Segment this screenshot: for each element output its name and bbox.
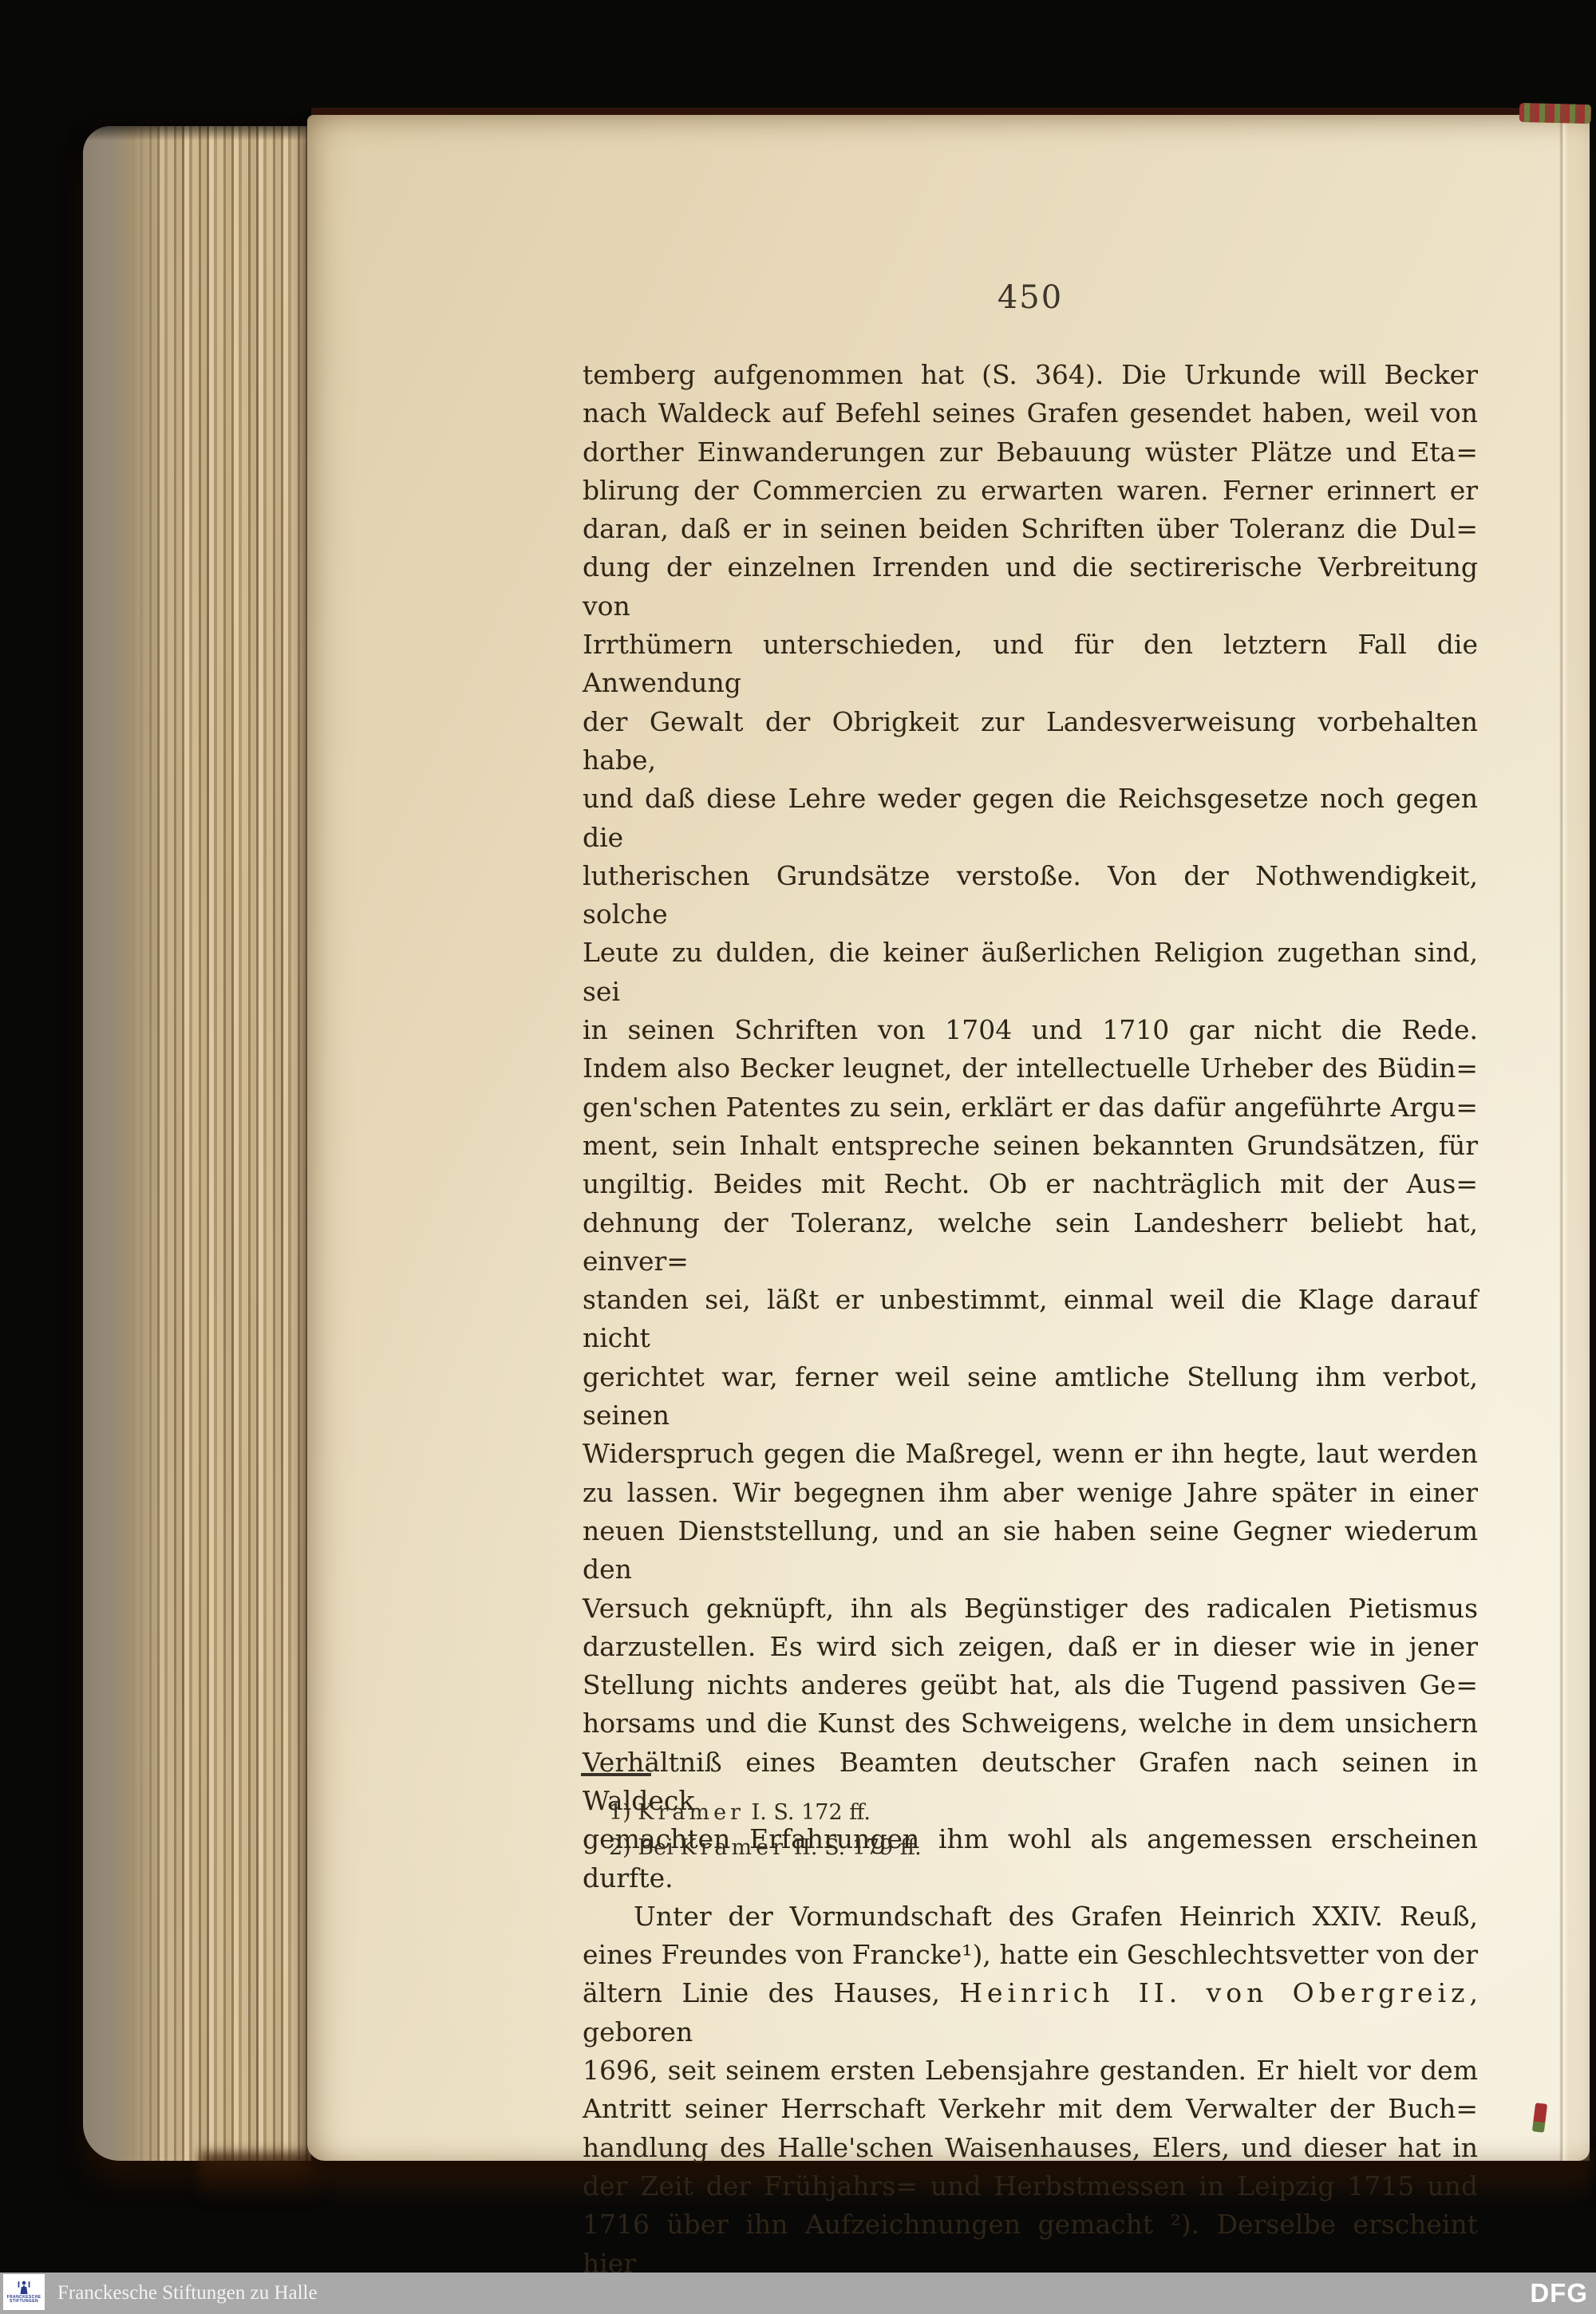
text-line: daran, daß er in seinen beiden Schriften…	[583, 510, 1478, 548]
text-line: darzustellen. Es wird sich zeigen, daß e…	[583, 1628, 1478, 1666]
text-line: dehnung der Toleranz, welche sein Landes…	[583, 1204, 1478, 1281]
person-name-letterspaced: Heinrich II. von Obergreiz	[959, 1977, 1469, 2008]
text-line: nach Waldeck auf Befehl seines Grafen ge…	[583, 394, 1478, 432]
text-line: in seinen Schriften von 1704 und 1710 ga…	[583, 1011, 1478, 1049]
footnote-reference: I. S. 172 ff.	[745, 1800, 871, 1825]
logo-text-line2: STIFTUNGEN	[10, 2300, 38, 2304]
text-line: Widerspruch gegen die Maßregel, wenn er …	[583, 1435, 1478, 1473]
text-line: lutherischen Grundsätze verstoße. Von de…	[583, 857, 1478, 934]
text-line: temberg aufgenommen hat (S. 364). Die Ur…	[583, 356, 1478, 394]
text-line: standen sei, läßt er unbestimmt, einmal …	[583, 1281, 1478, 1358]
footnotes: 1) Kramer I. S. 172 ff. 2) Bei Kramer II…	[609, 1795, 1327, 1866]
text-line: gerichtet war, ferner weil seine amtlich…	[583, 1358, 1478, 1435]
footnote-1: 1) Kramer I. S. 172 ff.	[609, 1795, 1327, 1830]
franckesche-emblem-icon	[16, 2280, 32, 2295]
text-line: Leute zu dulden, die keiner äußerlichen …	[583, 934, 1478, 1011]
franckesche-stiftungen-logo: FRANCKESCHE STIFTUNGEN	[3, 2274, 45, 2310]
text-line: dung der einzelnen Irrenden und die sect…	[583, 548, 1478, 626]
book-fore-edge-page-stack	[83, 126, 311, 2161]
text-line: gen'schen Patentes zu sein, erklärt er d…	[583, 1088, 1478, 1127]
text-line: Stellung nichts anderes geübt hat, als d…	[583, 1666, 1478, 1704]
footnote-marker: 2) Bei	[609, 1835, 680, 1860]
text-line: eines Freundes von Francke¹), hatte ein …	[583, 1936, 1478, 1974]
text-line: handlung des Halle'schen Waisenhauses, E…	[583, 2129, 1478, 2167]
dfg-logo: DFG	[1530, 2273, 1588, 2314]
scanned-book-photo: 450 temberg aufgenommen hat (S. 364). Di…	[0, 0, 1596, 2314]
footnote-author-letterspaced: Kramer	[680, 1835, 787, 1860]
footnote-2: 2) Bei Kramer II. S. 179 ff.	[609, 1830, 1327, 1866]
footnote-separator-rule	[581, 1773, 651, 1776]
text-line: der Zeit der Frühjahrs= und Herbstmessen…	[583, 2167, 1478, 2205]
text-segment: ältern Linie des Hauses,	[583, 1977, 959, 2008]
text-line: dorther Einwanderungen zur Bebauung wüst…	[583, 433, 1478, 472]
text-line: zu lassen. Wir begegnen ihm aber wenige …	[583, 1474, 1478, 1512]
text-line: ment, sein Inhalt entspreche seinen beka…	[583, 1127, 1478, 1165]
text-line: 1716 über ihn Aufzeichnungen gemacht ²).…	[583, 2205, 1478, 2283]
text-line: Indem also Becker leugnet, der intellect…	[583, 1049, 1478, 1088]
text-line: Irrthümern unterschieden, und für den le…	[583, 626, 1478, 703]
footnote-reference: II. S. 179 ff.	[787, 1835, 922, 1860]
body-text: temberg aufgenommen hat (S. 364). Die Ur…	[583, 356, 1478, 2283]
text-line: blirung der Commercien zu erwarten waren…	[583, 472, 1478, 510]
book-page: 450 temberg aufgenommen hat (S. 364). Di…	[307, 115, 1590, 2161]
text-line: und daß diese Lehre weder gegen die Reic…	[583, 780, 1478, 857]
book-headband	[1519, 103, 1592, 124]
text-line-paragraph-start: Unter der Vormundschaft des Grafen Heinr…	[583, 1897, 1478, 1936]
page-gutter-crease	[1559, 115, 1590, 2161]
institution-label: Franckesche Stiftungen zu Halle	[57, 2273, 318, 2314]
text-line: Versuch geknüpft, ihn als Begünstiger de…	[583, 1589, 1478, 1628]
text-line: ältern Linie des Hauses, Heinrich II. vo…	[583, 1974, 1478, 2051]
footnote-author-letterspaced: Kramer	[638, 1800, 745, 1825]
text-line: Antritt seiner Herrschaft Verkehr mit de…	[583, 2090, 1478, 2128]
text-line: ungiltig. Beides mit Recht. Ob er nachtr…	[583, 1165, 1478, 1203]
text-line: der Gewalt der Obrigkeit zur Landesverwe…	[583, 703, 1478, 780]
text-line: neuen Dienststellung, und an sie haben s…	[583, 1512, 1478, 1589]
viewer-bottom-bar: FRANCKESCHE STIFTUNGEN Franckesche Stift…	[0, 2273, 1596, 2314]
page-number: 450	[583, 279, 1478, 316]
footnote-marker: 1)	[609, 1800, 638, 1825]
text-line: 1696, seit seinem ersten Lebensjahre ges…	[583, 2051, 1478, 2090]
text-line: horsams und die Kunst des Schweigens, we…	[583, 1704, 1478, 1743]
